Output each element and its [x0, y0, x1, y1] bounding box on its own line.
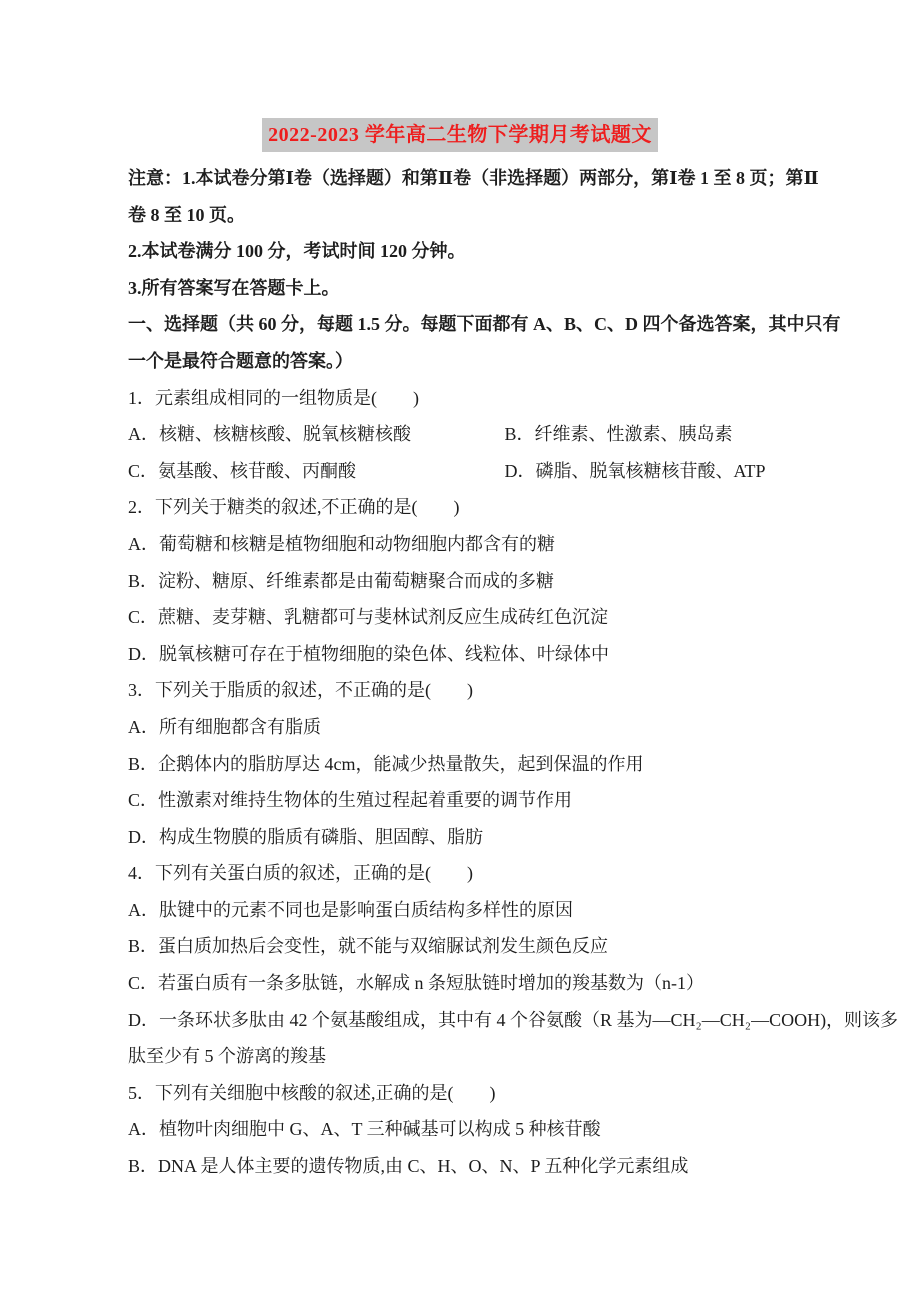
- question-3-option-b: B．企鹅体内的脂肪厚达 4cm，能减少热量散失，起到保温的作用: [128, 746, 828, 783]
- question-3-option-c: C．性激素对维持生物体的生殖过程起着重要的调节作用: [128, 782, 828, 819]
- exam-title: 2022-2023 学年高二生物下学期月考试题文: [262, 118, 658, 152]
- question-4-option-d-line-1: D．一条环状多肽由 42 个氨基酸组成，其中有 4 个谷氨酸（R 基为—CH₂—…: [128, 1002, 828, 1039]
- question-1-stem: 1．元素组成相同的一组物质是( ): [128, 380, 828, 417]
- question-4-option-a: A．肽键中的元素不同也是影响蛋白质结构多样性的原因: [128, 892, 828, 929]
- section-heading-line-2: 一个是最符合题意的答案。）: [128, 343, 828, 380]
- question-1-option-row-1: A．核糖、核糖核酸、脱氧核糖核酸 B．纤维素、性激素、胰岛素: [128, 416, 828, 453]
- question-2-stem: 2．下列关于糖类的叙述,不正确的是( ): [128, 489, 828, 526]
- question-3-option-a: A．所有细胞都含有脂质: [128, 709, 828, 746]
- question-5-stem: 5．下列有关细胞中核酸的叙述,正确的是( ): [128, 1075, 828, 1112]
- question-2-option-d: D．脱氧核糖可存在于植物细胞的染色体、线粒体、叶绿体中: [128, 636, 828, 673]
- question-2-option-c: C．蔗糖、麦芽糖、乳糖都可与斐林试剂反应生成砖红色沉淀: [128, 599, 828, 636]
- notice-line-3: 2.本试卷满分 100 分，考试时间 120 分钟。: [128, 233, 828, 270]
- question-4-option-c: C．若蛋白质有一条多肽链，水解成 n 条短肽链时增加的羧基数为（n-1）: [128, 965, 828, 1002]
- question-4-stem: 4．下列有关蛋白质的叙述，正确的是( ): [128, 855, 828, 892]
- question-1-option-d: D．磷脂、脱氧核糖核苷酸、ATP: [505, 453, 766, 490]
- question-5-option-a: A．植物叶肉细胞中 G、A、T 三种碱基可以构成 5 种核苷酸: [128, 1111, 828, 1148]
- question-1-option-row-2: C．氨基酸、核苷酸、丙酮酸 D．磷脂、脱氧核糖核苷酸、ATP: [128, 453, 828, 490]
- exam-title-row: 2022-2023 学年高二生物下学期月考试题文: [0, 118, 920, 152]
- question-1-option-c: C．氨基酸、核苷酸、丙酮酸: [128, 453, 500, 490]
- question-1-option-a: A．核糖、核糖核酸、脱氧核糖核酸: [128, 416, 500, 453]
- question-2-option-a: A．葡萄糖和核糖是植物细胞和动物细胞内都含有的糖: [128, 526, 828, 563]
- question-3-stem: 3．下列关于脂质的叙述，不正确的是( ): [128, 672, 828, 709]
- notice-line-2: 卷 8 至 10 页。: [128, 197, 828, 234]
- question-2-option-b: B．淀粉、糖原、纤维素都是由葡萄糖聚合而成的多糖: [128, 563, 828, 600]
- question-4-option-d-line-2: 肽至少有 5 个游离的羧基: [128, 1038, 828, 1075]
- exam-body: 注意：1.本试卷分第Ⅰ卷（选择题）和第Ⅱ卷（非选择题）两部分，第Ⅰ卷 1 至 8…: [128, 160, 828, 1185]
- question-5-option-b: B．DNA 是人体主要的遗传物质,由 C、H、O、N、P 五种化学元素组成: [128, 1148, 828, 1185]
- question-1-option-b: B．纤维素、性激素、胰岛素: [505, 416, 733, 453]
- question-3-option-d: D．构成生物膜的脂质有磷脂、胆固醇、脂肪: [128, 819, 828, 856]
- section-heading-line-1: 一、选择题（共 60 分，每题 1.5 分。每题下面都有 A、B、C、D 四个备…: [128, 306, 828, 343]
- question-4-option-b: B．蛋白质加热后会变性，就不能与双缩脲试剂发生颜色反应: [128, 928, 828, 965]
- notice-line-1: 注意：1.本试卷分第Ⅰ卷（选择题）和第Ⅱ卷（非选择题）两部分，第Ⅰ卷 1 至 8…: [128, 160, 828, 197]
- notice-line-4: 3.所有答案写在答题卡上。: [128, 270, 828, 307]
- exam-document-page: 2022-2023 学年高二生物下学期月考试题文 注意：1.本试卷分第Ⅰ卷（选择…: [0, 0, 920, 1302]
